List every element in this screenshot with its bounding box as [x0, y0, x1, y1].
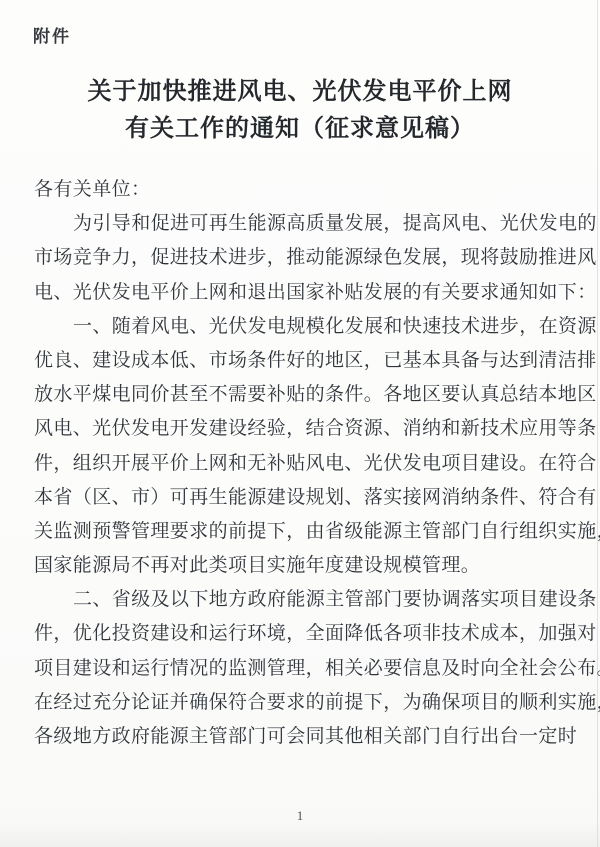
document-body: 各有关单位： 为引导和促进可再生能源高质量发展，提高风电、光伏发电的 市场竞争力…	[34, 173, 570, 754]
body-text-line: 优良、建设成本低、市场条件好的地区，已基本具备与达到清洁排	[34, 344, 570, 378]
document-title: 关于加快推进风电、光伏发电平价上网 有关工作的通知（征求意见稿）	[0, 74, 600, 148]
body-text-line: 市场竞争力，促进技术进步，推动能源绿色发展，现将鼓励推进风	[34, 241, 570, 275]
body-text-line: 各级地方政府能源主管部门可会同其他相关部门自行出台一定时	[34, 720, 570, 754]
body-text-line: 风电、光伏发电开发建设经验，结合资源、消纳和新技术应用等条	[34, 412, 570, 446]
scan-bottom-smudge	[0, 821, 600, 847]
page-number: 1	[0, 808, 600, 824]
body-text-line: 放水平煤电同价甚至不需要补贴的条件。各地区要认真总结本地区	[34, 378, 570, 412]
body-text-line: 一、随着风电、光伏发电规模化发展和快速技术进步，在资源	[34, 310, 570, 344]
body-text-line: 件，组织开展平价上网和无补贴风电、光伏发电项目建设。在符合	[34, 447, 570, 481]
body-text-line: 二、省级及以下地方政府能源主管部门要协调落实项目建设条	[34, 583, 570, 617]
body-text-line: 关监测预警管理要求的前提下，由省级能源主管部门自行组织实施，	[34, 515, 570, 549]
scanned-document-page: 附件 关于加快推进风电、光伏发电平价上网 有关工作的通知（征求意见稿） 各有关单…	[0, 0, 600, 847]
body-text-line: 本省（区、市）可再生能源建设规划、落实接网消纳条件、符合有	[34, 481, 570, 515]
body-text-line: 在经过充分论证并确保符合要求的前提下，为确保项目的顺利实施，	[34, 686, 570, 720]
attachment-label: 附件	[33, 22, 71, 47]
document-title-line-2: 有关工作的通知（征求意见稿）	[0, 111, 600, 148]
body-text-line: 为引导和促进可再生能源高质量发展，提高风电、光伏发电的	[34, 207, 570, 241]
salutation-line: 各有关单位：	[34, 173, 570, 207]
body-text-line: 电、光伏发电平价上网和退出国家补贴发展的有关要求通知如下：	[34, 276, 570, 310]
document-title-line-1: 关于加快推进风电、光伏发电平价上网	[0, 74, 600, 111]
body-text-line: 国家能源局不再对此类项目实施年度建设规模管理。	[34, 549, 570, 583]
body-text-line: 项目建设和运行情况的监测管理，相关必要信息及时向全社会公布。	[34, 652, 570, 686]
body-text-line: 件，优化投资建设和运行环境，全面降低各项非技术成本，加强对	[34, 617, 570, 651]
